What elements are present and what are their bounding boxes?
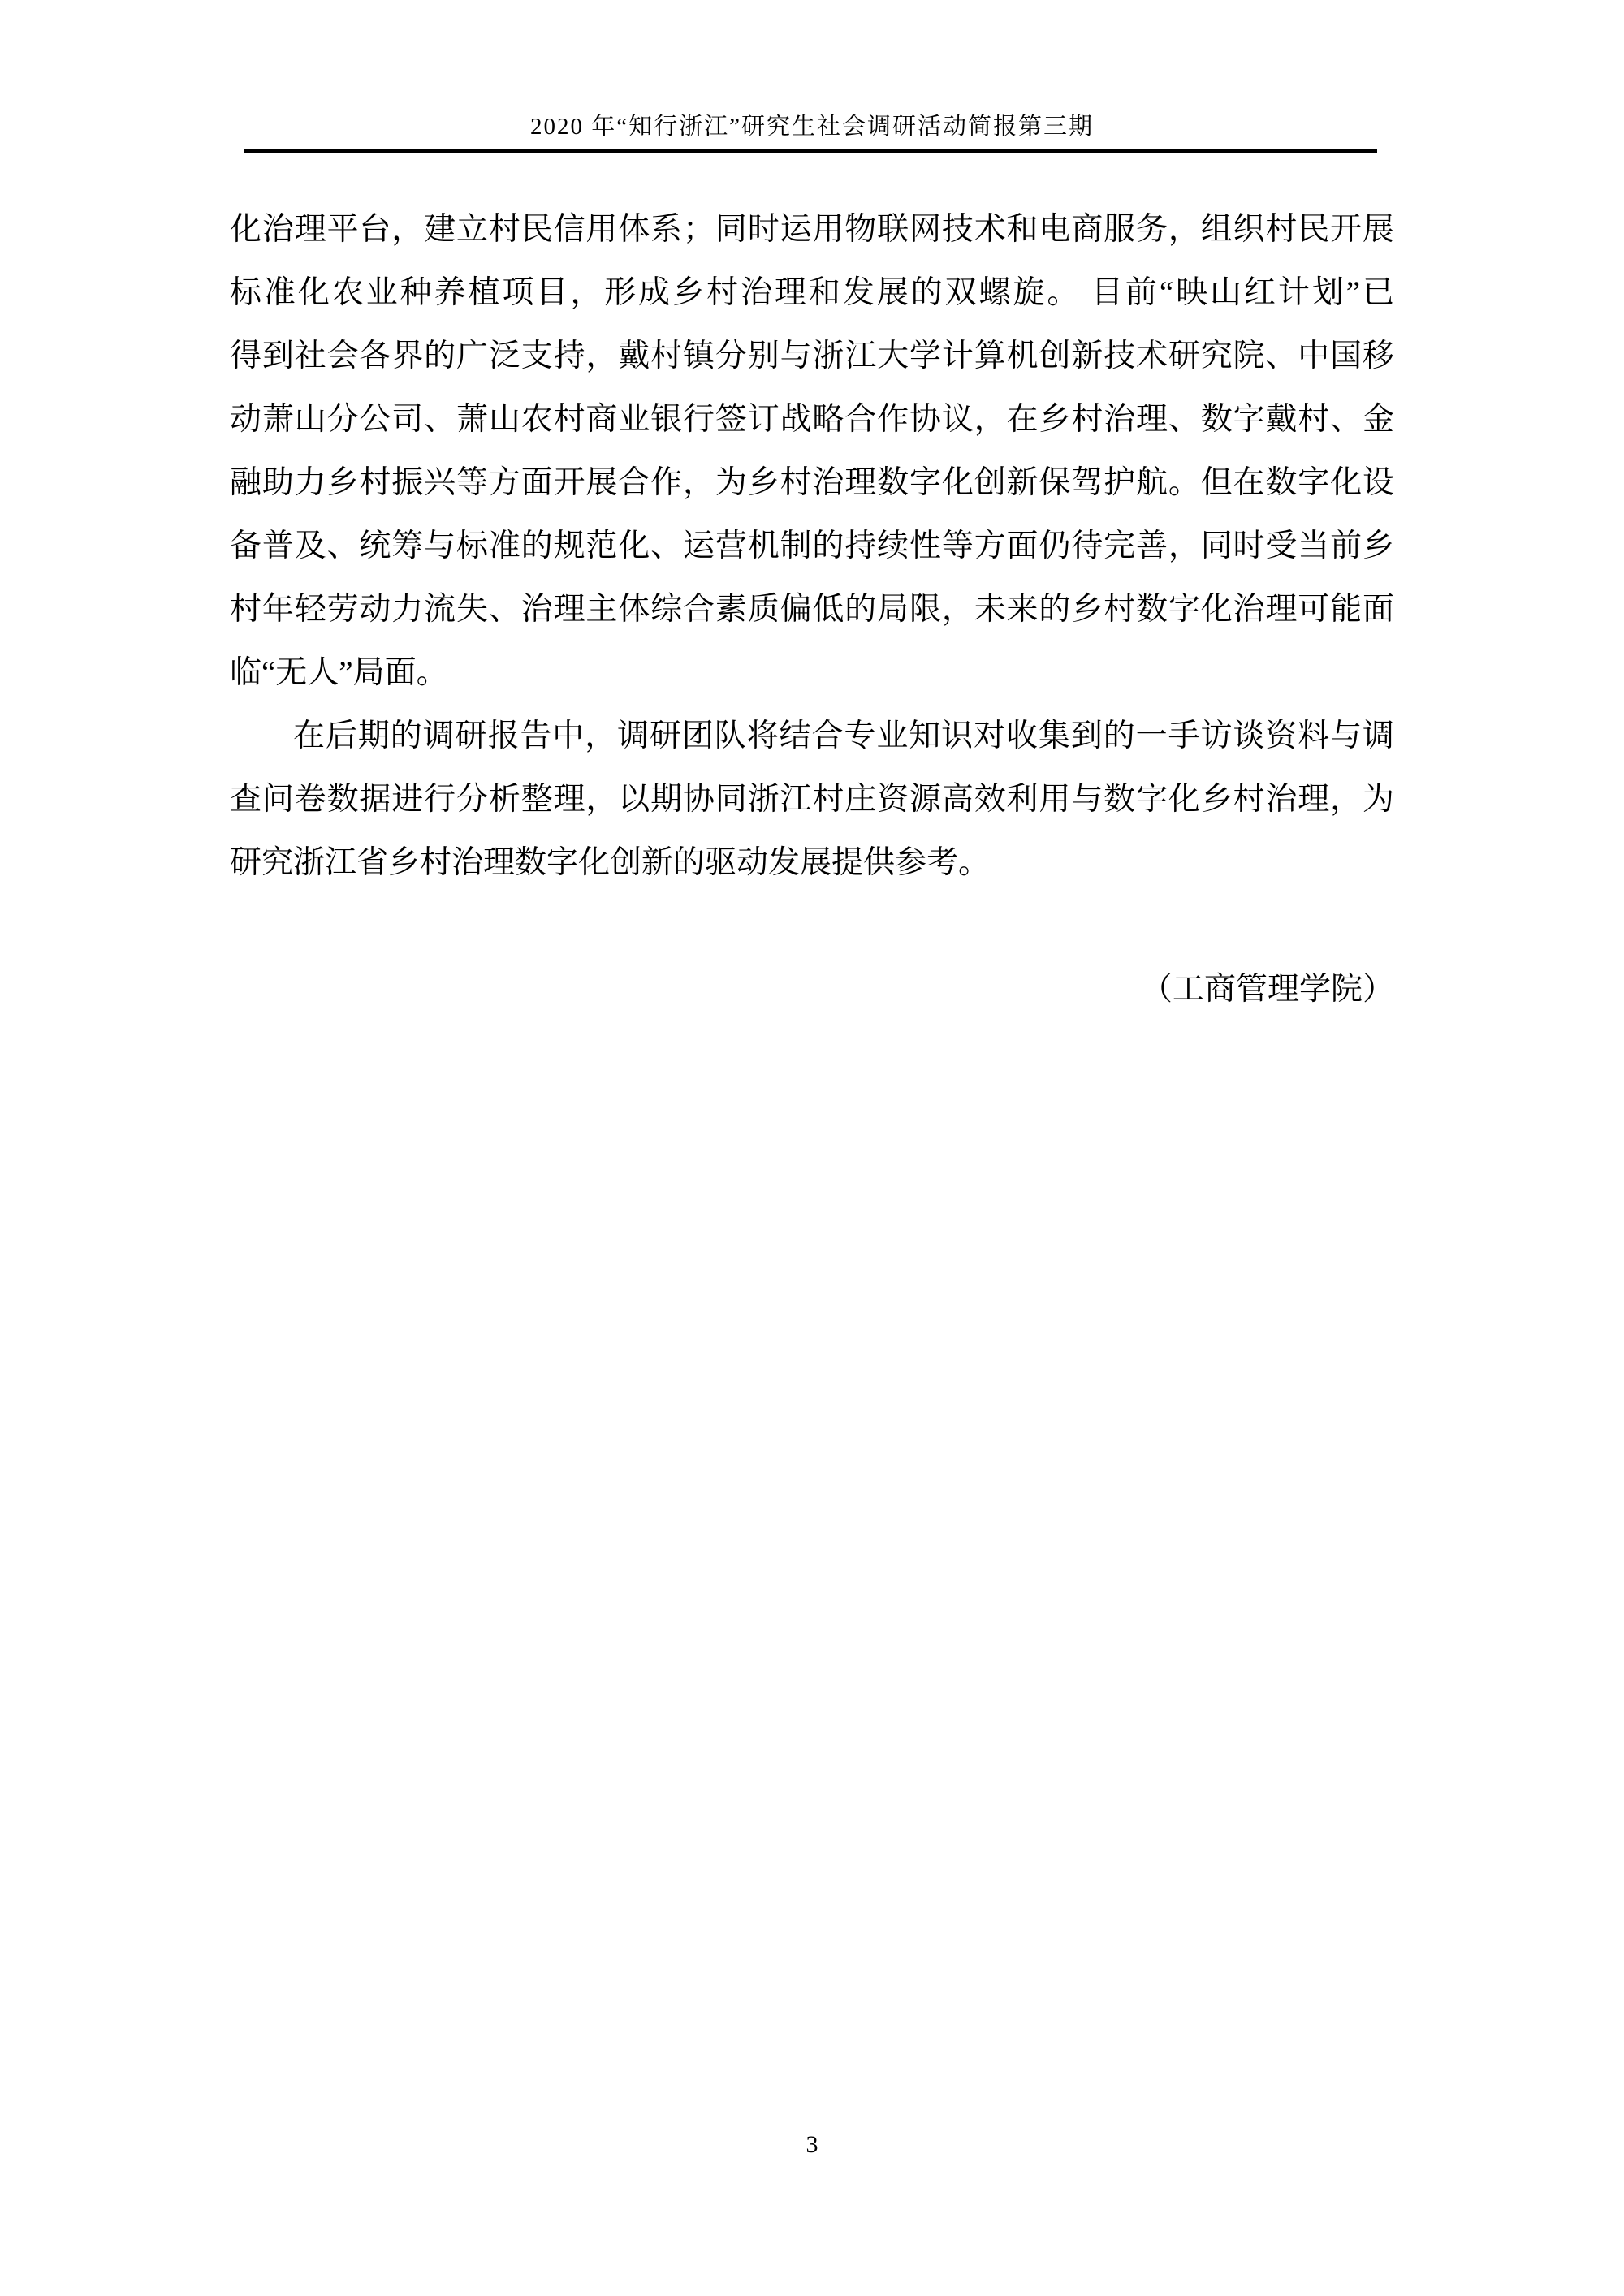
paragraph1-line: 村年轻劳动力流失、治理主体综合素质偏低的局限，未来的乡村数字化治理可能面	[230, 578, 1394, 641]
paragraph1-line: 化治理平台，建立村民信用体系；同时运用物联网技术和电商服务，组织村民开展	[230, 198, 1394, 261]
blank-line	[230, 895, 1394, 958]
paragraph2-line: 查问卷数据进行分析整理，以期协同浙江村庄资源高效利用与数字化乡村治理，为	[230, 768, 1394, 831]
page-header-title: 2020 年“知行浙江”研究生社会调研活动简报第三期	[0, 112, 1624, 141]
paragraph1-line: 融助力乡村振兴等方面开展合作，为乡村治理数字化创新保驾护航。但在数字化设	[230, 451, 1394, 515]
page-number: 3	[0, 2129, 1624, 2161]
paragraph1-line: 动萧山分公司、萧山农村商业银行签订战略合作协议，在乡村治理、数字戴村、金	[230, 388, 1394, 451]
paragraph1-line: 得到社会各界的广泛支持，戴村镇分别与浙江大学计算机创新技术研究院、中国移	[230, 325, 1394, 388]
header-rule	[244, 149, 1377, 153]
paragraph2-line: 研究浙江省乡村治理数字化创新的驱动发展提供参考。	[230, 831, 1394, 895]
attribution-line: （工商管理学院）	[230, 958, 1394, 1021]
paragraph1-line: 标准化农业种养植项目，形成乡村治理和发展的双螺旋。 目前“映山红计划”已	[230, 261, 1394, 325]
paragraph1-line: 备普及、统筹与标准的规范化、运营机制的持续性等方面仍待完善，同时受当前乡	[230, 515, 1394, 578]
body-text: 化治理平台，建立村民信用体系；同时运用物联网技术和电商服务，组织村民开展 标准化…	[230, 198, 1394, 1021]
paragraph2-line: 在后期的调研报告中，调研团队将结合专业知识对收集到的一手访谈资料与调	[230, 705, 1394, 768]
document-page: 2020 年“知行浙江”研究生社会调研活动简报第三期 化治理平台，建立村民信用体…	[0, 0, 1624, 2296]
paragraph1-line: 临“无人”局面。	[230, 641, 1394, 705]
